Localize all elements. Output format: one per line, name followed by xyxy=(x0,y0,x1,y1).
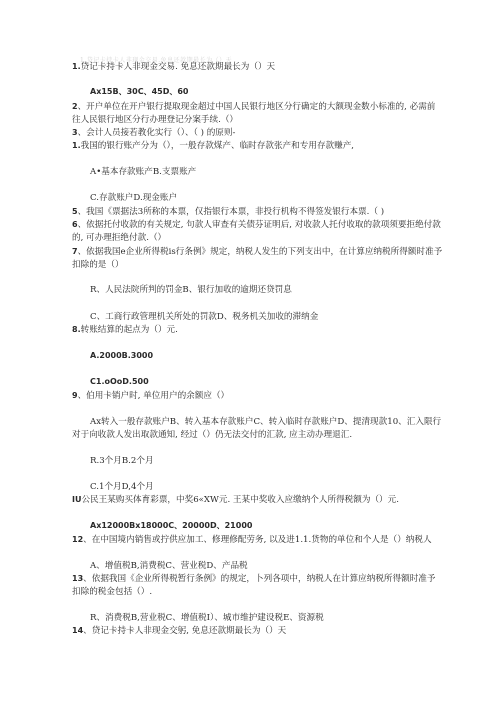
question-4: 1.我国的银行账产分为（），一般存款煤产、临时存款张产和专用存款赚产, xyxy=(72,140,354,152)
option-line: A.2000B.3000 xyxy=(90,350,153,362)
question-5: 5、我国《票据法3所称的本票，仅指银行本票，非投行机构不得签发银行本票.（ ) xyxy=(72,206,384,218)
question-14: 14、贷记卡持卡人非现金交躬, 免息还款期最长为（）天 xyxy=(72,625,286,637)
question-9: 9、伯用卡销户时, 单位用户的余额应（） xyxy=(72,390,229,402)
question-8: 8.转账结算的起点为（）元. xyxy=(72,324,178,336)
option-line: Ax转入一般存款账户B、转入基本存款账户C、转入临时存款账户D、提清现款10、汇… xyxy=(90,416,441,428)
option-line: R.3个月B.2个月 xyxy=(90,455,154,467)
option-line: Ax15B、30C、45D、60 xyxy=(90,86,189,98)
question-13: 13、依据我国《企业所得税暂行条例》的规定，卜列各项中，纳税人在计算应纳税所得额… xyxy=(72,573,436,585)
question-1: 1.贷记卡持卡人非现金交易. 免息还款期最长为（）天 xyxy=(72,61,275,73)
question-11: IU公民王某购买体育彩票，中奖6«XW元. 王某中奖收入应缴纳个人所得税额为（）… xyxy=(72,494,399,506)
question-6: 6、依据托付收款的有关规定, 句款人审查有关债芬证明后, 对收款人托付收取的款项… xyxy=(72,219,441,231)
option-line: A、增值税B,消费税C、营业税D、产品税 xyxy=(90,560,248,572)
question-6-cont: 的, 可办理拒绝付款.（） xyxy=(72,232,166,244)
option-line: Ax12000Bx18000C、20000D、21000 xyxy=(90,520,252,532)
question-7-cont: 扣除的是（） xyxy=(72,259,124,271)
option-line: A•基本存款账产B.支票账产 xyxy=(90,166,196,178)
question-7: 7、依据我国e企业所得税is行条例》规定，纳税人发生的下列支出中，在计算应纳税所… xyxy=(72,246,442,258)
option-line: C1.oOoD.500 xyxy=(90,376,149,388)
question-10-cont: 对于向收款人发出取款通知, 经过（）仍无法交付的汇款, 应主动办理退汇. xyxy=(72,429,352,441)
question-12: 12、在中国境内销售或拧供应加工、修理修配劳务, 以及进1.1.货物的单位和个人… xyxy=(72,534,432,546)
question-2-cont: 往人民银行地区分行办理登记分案手续.（） xyxy=(72,114,238,126)
option-line: R、消费税B,营业税C、增值税I）、城市维护建设税E、资源税 xyxy=(90,612,324,624)
document-page: 1.贷记卡持卡人非现金交易.免息还款期最长为（）天 1.贷记卡持卡人非现金交易.… xyxy=(0,0,500,707)
option-line: C.存款账户D.现金账户 xyxy=(90,192,177,204)
question-3: 3、会计人员接若教化实行（）、（ ) 的原则- xyxy=(72,127,235,139)
question-2: 2、开户单位在开户银行提取现金超过中国人民银行地区分行确定的大额现金数小标准的,… xyxy=(72,101,435,113)
option-line: C、工商行政管理机关所处的罚款D、税务机关加收的滞纳金 xyxy=(90,311,318,323)
option-line: C.1个月D,4个月 xyxy=(90,481,154,493)
question-13-cont: 扣除的税金包括（）. xyxy=(72,586,152,598)
option-line: R、人民法院所判的罚金B、银行加收的逾期还贷罚息 xyxy=(90,284,292,296)
